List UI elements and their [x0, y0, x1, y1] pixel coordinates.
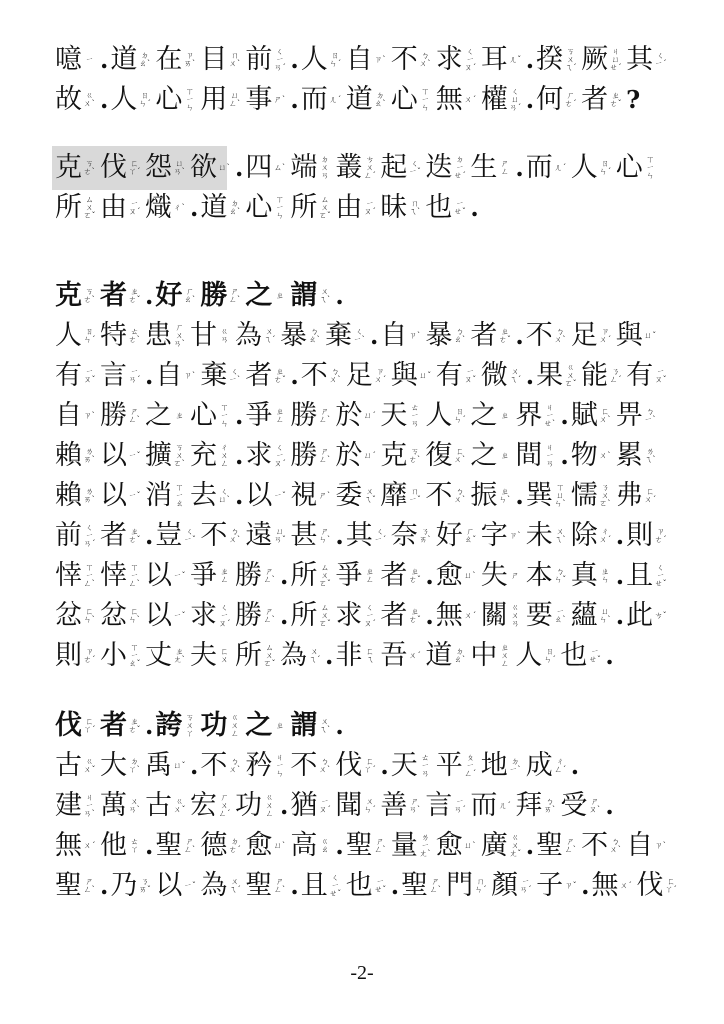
- hanzi: 賴: [55, 436, 82, 476]
- annotated-character: 有ㄧㄡˇ: [626, 356, 671, 396]
- zhuyin-annotation: ㄋㄨㄛˋ: [599, 484, 612, 508]
- annotated-character: 以ㄧˇ: [100, 436, 145, 476]
- zhuyin-annotation: ㄧㄡˇ: [83, 368, 96, 384]
- hanzi: 暴: [425, 316, 452, 356]
- hanzi: 則: [626, 516, 653, 556]
- annotated-character: 權ㄑㄩㄢˊ: [481, 80, 526, 120]
- annotated-character: 與ㄩˇ: [391, 356, 436, 396]
- hanzi: 耳: [481, 40, 508, 80]
- hanzi: 功: [235, 786, 262, 826]
- zhuyin-annotation: ㄕㄥˋ: [83, 878, 96, 894]
- text-line: 故ㄍㄨˋ.人ㄖㄣˊ心ㄒㄧㄣ用ㄩㄥˋ事ㄕˋ.而ㄦˊ道ㄉㄠˋ心ㄒㄧㄣ無ㄨˊ權ㄑㄩㄢˊ…: [55, 80, 642, 120]
- zhuyin-annotation: ㄒㄧㄥˋ: [128, 564, 141, 588]
- annotated-character: 靡ㄇㄧˇ: [380, 476, 425, 516]
- annotated-character: 在ㄗㄞˋ: [155, 40, 200, 80]
- annotated-character: 以ㄧˇ: [100, 476, 145, 516]
- text-line: 人ㄖㄣˊ特ㄊㄜˋ患ㄏㄨㄢˋ甘ㄍㄢ為ㄨㄟˊ暴ㄅㄠˋ棄ㄑㄧˋ.自ㄗˋ暴ㄅㄠˋ者ㄓㄜˇ…: [55, 316, 661, 356]
- punctuation: .: [145, 826, 153, 866]
- zhuyin-annotation: ㄔㄨˊ: [599, 528, 612, 544]
- annotated-character: 非ㄈㄟ: [335, 636, 380, 676]
- zhuyin-annotation: ㄑㄧˇ: [183, 528, 196, 544]
- zhuyin-annotation: ㄔㄥˊ: [554, 758, 567, 774]
- annotated-character: 愈ㄩˋ: [436, 556, 481, 596]
- zhuyin-annotation: ㄨˊ: [408, 652, 421, 660]
- hanzi: 以: [145, 556, 172, 596]
- annotated-character: 爭ㄓㄥ: [190, 556, 235, 596]
- zhuyin-annotation: ㄒㄧㄣ: [419, 88, 432, 112]
- annotated-character: 求ㄑㄧㄡˊ: [436, 40, 481, 80]
- hanzi: 以: [100, 436, 127, 476]
- hanzi: 於: [335, 396, 362, 436]
- annotated-character: 言ㄧㄢˊ: [425, 786, 470, 826]
- hanzi: 弗: [616, 476, 643, 516]
- annotated-character: 由ㄧㄡˊ: [335, 188, 380, 228]
- text-line: 克ㄎㄜˋ伐ㄈㄚˊ怨ㄩㄢˋ欲ㄩˋ.四ㄙˋ端ㄉㄨㄢ叢ㄘㄨㄥˊ起ㄑㄧˇ迭ㄉㄧㄝˊ生ㄕㄥ…: [55, 148, 661, 188]
- annotated-character: 為ㄨㄟˊ: [280, 636, 325, 676]
- hanzi: 者: [100, 516, 127, 556]
- punctuation: .: [100, 40, 108, 80]
- punctuation: .: [100, 866, 108, 906]
- zhuyin-annotation: ㄍㄨㄛˇ: [564, 364, 577, 388]
- zhuyin-annotation: ㄋㄞˇ: [138, 878, 151, 894]
- punctuation: .: [235, 148, 243, 188]
- zhuyin-annotation: ㄓㄜˇ: [408, 568, 421, 584]
- zhuyin-annotation: ㄙㄨㄛˇ: [318, 564, 331, 588]
- annotated-character: 者ㄓㄜˇ: [245, 356, 290, 396]
- zhuyin-annotation: ㄙㄨㄛˇ: [318, 196, 331, 220]
- annotated-character: 厥ㄐㄩㄝˊ: [581, 40, 626, 80]
- annotated-character: 無ㄨˊ: [55, 826, 100, 866]
- hanzi: 權: [481, 80, 508, 120]
- hanzi: 為: [235, 316, 262, 356]
- zhuyin-annotation: ㄓㄣ: [599, 568, 612, 584]
- punctuation: .: [280, 596, 288, 636]
- annotated-character: 人ㄖㄣˊ: [55, 316, 100, 356]
- hanzi: 不: [581, 826, 608, 866]
- hanzi: 不: [526, 316, 553, 356]
- text-line: 悻ㄒㄧㄥˋ悻ㄒㄧㄥˋ以ㄧˇ爭ㄓㄥ勝ㄕㄥˋ.所ㄙㄨㄛˇ爭ㄓㄥ者ㄓㄜˇ.愈ㄩˋ失ㄕ本…: [55, 556, 671, 596]
- zhuyin-annotation: ㄒㄧㄣ: [273, 196, 286, 220]
- zhuyin-annotation: ㄋㄥˊ: [609, 368, 622, 384]
- annotated-character: 振ㄓㄣˋ: [470, 476, 515, 516]
- hanzi: 拜: [515, 786, 542, 826]
- hanzi: 靡: [380, 476, 407, 516]
- zhuyin-annotation: ㄓㄜˇ: [128, 288, 141, 304]
- punctuation: .: [470, 188, 478, 228]
- hanzi: 真: [571, 556, 598, 596]
- hanzi: 勝: [290, 436, 317, 476]
- annotated-character: 廣ㄍㄨㄤˇ: [481, 826, 526, 866]
- zhuyin-annotation: ㄧㄝˇ: [453, 200, 466, 216]
- hanzi: 吾: [380, 636, 407, 676]
- zhuyin-annotation: ㄏㄠˋ: [183, 288, 196, 304]
- zhuyin-annotation: ㄑㄧㄡˊ: [363, 604, 376, 628]
- annotated-character: 道ㄉㄠˋ: [200, 188, 245, 228]
- annotated-character: 爭ㄓㄥ: [335, 556, 380, 596]
- annotated-character: 何ㄏㄜˊ: [536, 80, 581, 120]
- zhuyin-annotation: ㄩˋ: [464, 572, 477, 580]
- annotated-character: 所ㄙㄨㄛˇ: [290, 188, 335, 228]
- punctuation: .: [526, 80, 534, 120]
- annotated-character: 聞ㄨㄣˊ: [335, 786, 380, 826]
- text-line: 噫ㄧ.道ㄉㄠˋ在ㄗㄞˋ目ㄇㄨˋ前ㄑㄧㄢˊ.人ㄖㄣˊ自ㄗˋ不ㄅㄨˋ求ㄑㄧㄡˊ耳ㄦˇ…: [55, 40, 671, 80]
- punctuation: .: [235, 436, 243, 476]
- hanzi: 人: [55, 316, 82, 356]
- annotated-character: 事ㄕˋ: [245, 80, 290, 120]
- zhuyin-annotation: ㄖㄣˊ: [138, 92, 151, 108]
- punctuation: .: [515, 476, 523, 516]
- annotated-character: 不ㄅㄨˋ: [391, 40, 436, 80]
- zhuyin-annotation: ㄧㄢˊ: [453, 798, 466, 814]
- zhuyin-annotation: ㄧㄡˊ: [363, 200, 376, 216]
- annotated-character: 弗ㄈㄨˊ: [616, 476, 661, 516]
- annotated-character: 克ㄎㄜˋ: [55, 276, 100, 316]
- annotated-character: 伐ㄈㄚˊ: [636, 866, 681, 906]
- annotated-character: 中ㄓㄨㄥ: [470, 636, 515, 676]
- zhuyin-annotation: ㄩㄣˋ: [599, 608, 612, 624]
- annotated-character: 聖ㄕㄥˋ: [401, 866, 446, 906]
- annotated-character: 小ㄒㄧㄠˇ: [100, 636, 145, 676]
- annotated-character: 宏ㄏㄨㄥˊ: [190, 786, 235, 826]
- hanzi: 遠: [245, 516, 272, 556]
- annotated-character: 則ㄗㄜˊ: [626, 516, 671, 556]
- annotated-character: 心ㄒㄧㄣ: [245, 188, 290, 228]
- hanzi: 本: [526, 556, 553, 596]
- hanzi: 勝: [100, 396, 127, 436]
- annotated-character: 間ㄐㄧㄢ: [515, 436, 560, 476]
- zhuyin-annotation: ㄧㄢˊ: [128, 368, 141, 384]
- zhuyin-annotation: ㄐㄩㄝˊ: [609, 48, 622, 72]
- zhuyin-annotation: ㄔˋ: [173, 204, 186, 212]
- hanzi: 之: [245, 276, 272, 316]
- punctuation: .: [526, 826, 534, 866]
- zhuyin-annotation: ㄙㄨㄛˇ: [318, 604, 331, 628]
- annotated-character: 物ㄨˋ: [571, 436, 616, 476]
- annotated-character: 誇ㄎㄨㄚ: [155, 706, 200, 746]
- hanzi: 謂: [290, 276, 317, 316]
- zhuyin-annotation: ㄕㄥˋ: [263, 608, 276, 624]
- zhuyin-annotation: ㄒㄧㄠ: [173, 484, 186, 508]
- hanzi: 而: [470, 786, 497, 826]
- annotated-character: 且ㄑㄧㄝˇ: [626, 556, 671, 596]
- hanzi: 除: [571, 516, 598, 556]
- zhuyin-annotation: ㄏㄠˇ: [464, 528, 477, 544]
- annotated-character: 受ㄕㄡˋ: [560, 786, 605, 826]
- annotated-character: 成ㄔㄥˊ: [526, 746, 571, 786]
- zhuyin-annotation: ㄉㄧㄝˊ: [453, 156, 466, 180]
- hanzi: 聖: [346, 826, 373, 866]
- hanzi: 自: [380, 316, 407, 356]
- annotated-character: 而ㄦˊ: [470, 786, 515, 826]
- hanzi: 者: [380, 596, 407, 636]
- punctuation: .: [571, 746, 579, 786]
- punctuation: .: [325, 636, 333, 676]
- zhuyin-annotation: ㄧㄡˇ: [464, 368, 477, 384]
- hanzi: 厥: [581, 40, 608, 80]
- annotated-character: 暴ㄅㄠˋ: [425, 316, 470, 356]
- zhuyin-annotation: ㄈㄚˊ: [664, 878, 677, 894]
- punctuation: .: [335, 516, 343, 556]
- annotated-character: 足ㄗㄨˊ: [571, 316, 616, 356]
- annotated-character: 除ㄔㄨˊ: [571, 516, 616, 556]
- zhuyin-annotation: ㄑㄧㄡˊ: [464, 48, 477, 72]
- annotated-character: 拜ㄅㄞˋ: [515, 786, 560, 826]
- zhuyin-annotation: ㄗˋ: [183, 372, 196, 380]
- zhuyin-annotation: ㄊㄧㄢ: [408, 404, 421, 428]
- zhuyin-annotation: ㄕㄥˋ: [564, 838, 577, 854]
- annotated-character: 界ㄐㄧㄝˋ: [515, 396, 560, 436]
- zhuyin-annotation: ㄈㄟ: [363, 648, 376, 664]
- zhuyin-annotation: ㄍㄢ: [218, 328, 231, 344]
- zhuyin-annotation: ㄉㄨㄢ: [318, 156, 331, 180]
- annotated-character: 不ㄅㄨˋ: [200, 516, 245, 556]
- zhuyin-annotation: ㄅㄞˋ: [543, 798, 556, 814]
- annotated-character: 人ㄖㄣˊ: [571, 148, 616, 188]
- hanzi: 猶: [290, 786, 317, 826]
- zhuyin-annotation: ㄈㄚˊ: [128, 160, 141, 176]
- zhuyin-annotation: ㄓ: [173, 412, 186, 420]
- annotated-character: 聖ㄕㄥˋ: [55, 866, 100, 906]
- zhuyin-annotation: ㄈㄣˋ: [128, 608, 141, 624]
- hanzi: 言: [425, 786, 452, 826]
- zhuyin-annotation: ㄑㄧˋ: [228, 368, 241, 384]
- zhuyin-annotation: ㄙˋ: [273, 164, 286, 172]
- annotated-character: 特ㄊㄜˋ: [100, 316, 145, 356]
- zhuyin-annotation: ㄍㄨㄥ: [263, 794, 276, 818]
- annotated-character: 能ㄋㄥˊ: [581, 356, 626, 396]
- zhuyin-annotation: ㄩˇ: [419, 372, 432, 380]
- annotated-character: 禹ㄩˇ: [145, 746, 190, 786]
- annotated-character: 失ㄕ: [481, 556, 526, 596]
- annotated-character: 其ㄑㄧˊ: [626, 40, 671, 80]
- annotated-character: 昧ㄇㄟˋ: [380, 188, 425, 228]
- hanzi: 善: [380, 786, 407, 826]
- zhuyin-annotation: ㄙㄨㄛˇ: [263, 644, 276, 668]
- zhuyin-annotation: ㄓㄥ: [218, 568, 231, 584]
- zhuyin-annotation: ㄕㄥˋ: [228, 288, 241, 304]
- annotated-character: 克ㄎㄜˋ: [380, 436, 425, 476]
- hanzi: 所: [290, 596, 317, 636]
- hanzi: 無: [436, 80, 463, 120]
- annotated-character: 勝ㄕㄥˋ: [100, 396, 145, 436]
- hanzi: 聞: [335, 786, 362, 826]
- annotated-character: 於ㄩˊ: [335, 396, 380, 436]
- hanzi: 謂: [290, 706, 317, 746]
- zhuyin-annotation: ㄅㄨˋ: [554, 328, 567, 344]
- annotated-character: 為ㄨㄟˊ: [235, 316, 280, 356]
- annotated-character: 字ㄗˋ: [481, 516, 526, 556]
- zhuyin-annotation: ㄓㄨㄥ: [498, 644, 511, 668]
- zhuyin-annotation: ㄧˇ: [128, 492, 141, 500]
- hanzi: 迭: [425, 148, 452, 188]
- punctuation: .: [616, 556, 624, 596]
- hanzi: 以: [100, 476, 127, 516]
- annotated-character: 功ㄍㄨㄥ: [200, 706, 245, 746]
- zhuyin-annotation: ㄨㄢˋ: [128, 798, 141, 814]
- zhuyin-annotation: ㄧˇ: [273, 492, 286, 500]
- zhuyin-annotation: ㄕ: [509, 572, 522, 580]
- zhuyin-annotation: ㄏㄨㄥˊ: [218, 794, 231, 818]
- zhuyin-annotation: ㄓㄤˋ: [173, 648, 186, 664]
- zhuyin-annotation: ㄅㄨˋ: [609, 838, 622, 854]
- annotated-character: 賴ㄌㄞˋ: [55, 476, 100, 516]
- zhuyin-annotation: ㄌㄞˋ: [83, 448, 96, 464]
- hanzi: 賴: [55, 476, 82, 516]
- annotated-character: 目ㄇㄨˋ: [200, 40, 245, 80]
- annotated-character: 甘ㄍㄢ: [190, 316, 235, 356]
- hanzi: 道: [200, 188, 227, 228]
- zhuyin-annotation: ㄓㄜˇ: [128, 528, 141, 544]
- hanzi: 道: [110, 40, 137, 80]
- annotated-character: 之ㄓ: [245, 706, 290, 746]
- hanzi: 其: [626, 40, 653, 80]
- zhuyin-annotation: ㄅㄧˋ: [644, 408, 657, 424]
- annotated-character: 無ㄨˊ: [591, 866, 636, 906]
- zhuyin-annotation: ㄌㄟˋ: [644, 448, 657, 464]
- hanzi: 心: [155, 80, 182, 120]
- annotated-character: 地ㄉㄧˋ: [481, 746, 526, 786]
- hanzi: 不: [200, 516, 227, 556]
- annotated-character: 求ㄑㄧㄡˊ: [335, 596, 380, 636]
- zhuyin-annotation: ㄖㄣˊ: [453, 408, 466, 424]
- zhuyin-annotation: ㄘㄨㄥˊ: [363, 156, 376, 180]
- zhuyin-annotation: ㄎㄜˋ: [83, 160, 96, 176]
- punctuation: .: [605, 636, 613, 676]
- annotated-character: 言ㄧㄢˊ: [100, 356, 145, 396]
- annotated-character: 顏ㄧㄢˊ: [491, 866, 536, 906]
- hanzi: 所: [235, 636, 262, 676]
- annotated-character: 求ㄑㄧㄡˊ: [190, 596, 235, 636]
- hanzi: 也: [346, 866, 373, 906]
- punctuation: .: [290, 40, 298, 80]
- annotated-character: 勝ㄕㄥˋ: [235, 596, 280, 636]
- annotated-character: 謂ㄨㄟˋ: [290, 276, 335, 316]
- punctuation: .: [370, 316, 378, 356]
- annotated-character: 高ㄍㄠ: [290, 826, 335, 866]
- zhuyin-annotation: ㄈㄚˊ: [363, 758, 376, 774]
- hanzi: 與: [391, 356, 418, 396]
- zhuyin-annotation: ㄋㄞˋ: [419, 528, 432, 544]
- zhuyin-annotation: ㄖㄣˊ: [329, 52, 342, 68]
- hanzi: 何: [536, 80, 563, 120]
- annotated-character: 所ㄙㄨㄛˇ: [55, 188, 100, 228]
- hanzi: 熾: [145, 188, 172, 228]
- hanzi: 非: [335, 636, 362, 676]
- hanzi: 萬: [100, 786, 127, 826]
- annotated-character: 關ㄍㄨㄢ: [481, 596, 526, 636]
- hanzi: 棄: [200, 356, 227, 396]
- hanzi: 生: [470, 148, 497, 188]
- hanzi: 克: [55, 276, 82, 316]
- annotated-character: 欲ㄩˋ: [190, 148, 235, 188]
- hanzi: 前: [55, 516, 82, 556]
- hanzi: 累: [616, 436, 643, 476]
- annotated-character: 則ㄗㄜˊ: [55, 636, 100, 676]
- zhuyin-annotation: ㄧㄝˇ: [374, 878, 387, 894]
- zhuyin-annotation: ㄨㄣˊ: [363, 798, 376, 814]
- punctuation: .: [190, 188, 198, 228]
- zhuyin-annotation: ㄑㄧˋ: [353, 328, 366, 344]
- zhuyin-annotation: ㄇㄟˋ: [408, 200, 421, 216]
- hanzi: 矜: [245, 746, 272, 786]
- hanzi: 伐: [636, 866, 663, 906]
- zhuyin-annotation: ㄒㄧㄥˋ: [83, 564, 96, 588]
- hanzi: 爭: [190, 556, 217, 596]
- annotated-character: 心ㄒㄧㄣ: [391, 80, 436, 120]
- annotated-character: 蘊ㄩㄣˋ: [571, 596, 616, 636]
- hanzi: 在: [155, 40, 182, 80]
- annotated-character: 不ㄅㄨˋ: [301, 356, 346, 396]
- hanzi: 大: [100, 746, 127, 786]
- zhuyin-annotation: ㄉㄧˋ: [509, 758, 522, 774]
- annotated-character: 萬ㄨㄢˋ: [100, 786, 145, 826]
- zhuyin-annotation: ㄑㄧˊ: [654, 52, 667, 68]
- hanzi: 子: [536, 866, 563, 906]
- hanzi: 道: [346, 80, 373, 120]
- annotated-character: 乃ㄋㄞˇ: [110, 866, 155, 906]
- zhuyin-annotation: ㄉㄚˋ: [128, 758, 141, 774]
- annotated-character: 不ㄅㄨˋ: [581, 826, 626, 866]
- zhuyin-annotation: ㄗㄜˊ: [83, 648, 96, 664]
- punctuation: .: [581, 866, 589, 906]
- hanzi: 伐: [55, 706, 82, 746]
- hanzi: 暴: [280, 316, 307, 356]
- annotated-character: 熾ㄔˋ: [145, 188, 190, 228]
- annotated-character: 人ㄖㄣˊ: [110, 80, 155, 120]
- zhuyin-annotation: ㄨˋ: [599, 452, 612, 460]
- hanzi: 不: [301, 356, 328, 396]
- annotated-character: 所ㄙㄨㄛˇ: [290, 596, 335, 636]
- text-line: 自ㄗˋ勝ㄕㄥˋ之ㄓ心ㄒㄧㄣ.爭ㄓㄥ勝ㄕㄥˋ於ㄩˊ天ㄊㄧㄢ人ㄖㄣˊ之ㄓ界ㄐㄧㄝˋ.…: [55, 396, 661, 436]
- zhuyin-annotation: ㄖㄣˊ: [83, 328, 96, 344]
- zhuyin-annotation: ㄑㄧㄢˊ: [83, 524, 96, 548]
- hanzi: 而: [301, 80, 328, 120]
- zhuyin-annotation: ㄧˇ: [173, 612, 186, 620]
- hanzi: 棄: [325, 316, 352, 356]
- zhuyin-annotation: ㄕㄥˋ: [374, 838, 387, 854]
- annotated-character: 悻ㄒㄧㄥˋ: [55, 556, 100, 596]
- hanzi: 蘊: [571, 596, 598, 636]
- hanzi: 間: [515, 436, 542, 476]
- annotated-character: 暴ㄅㄠˋ: [280, 316, 325, 356]
- annotated-character: 端ㄉㄨㄢ: [290, 148, 335, 188]
- annotated-character: 耳ㄦˇ: [481, 40, 526, 80]
- hanzi: 由: [100, 188, 127, 228]
- annotated-character: 棄ㄑㄧˋ: [325, 316, 370, 356]
- hanzi: 所: [55, 188, 82, 228]
- zhuyin-annotation: ㄕㄥˋ: [318, 408, 331, 424]
- annotated-character: 而ㄦˊ: [526, 148, 571, 188]
- zhuyin-annotation: ㄉㄠˋ: [228, 200, 241, 216]
- annotated-character: 擴ㄎㄨㄛˋ: [145, 436, 190, 476]
- hanzi: 故: [55, 80, 82, 120]
- annotated-character: 委ㄨㄟˇ: [335, 476, 380, 516]
- zhuyin-annotation: ㄨˊ: [464, 612, 477, 620]
- hanzi: 無: [55, 826, 82, 866]
- hanzi: 求: [436, 40, 463, 80]
- annotated-character: 謂ㄨㄟˋ: [290, 706, 335, 746]
- zhuyin-annotation: ㄗˋ: [83, 412, 96, 420]
- hanzi: 由: [335, 188, 362, 228]
- annotated-character: 者ㄓㄜˇ: [100, 706, 145, 746]
- annotated-character: 建ㄐㄧㄢˋ: [55, 786, 100, 826]
- annotated-character: 其ㄑㄧˊ: [346, 516, 391, 556]
- zhuyin-annotation: ㄑㄩˋ: [218, 488, 231, 504]
- hanzi: 言: [100, 356, 127, 396]
- zhuyin-annotation: ㄓㄥ: [363, 568, 376, 584]
- annotated-character: 所ㄙㄨㄛˇ: [235, 636, 280, 676]
- hanzi: 勝: [200, 276, 227, 316]
